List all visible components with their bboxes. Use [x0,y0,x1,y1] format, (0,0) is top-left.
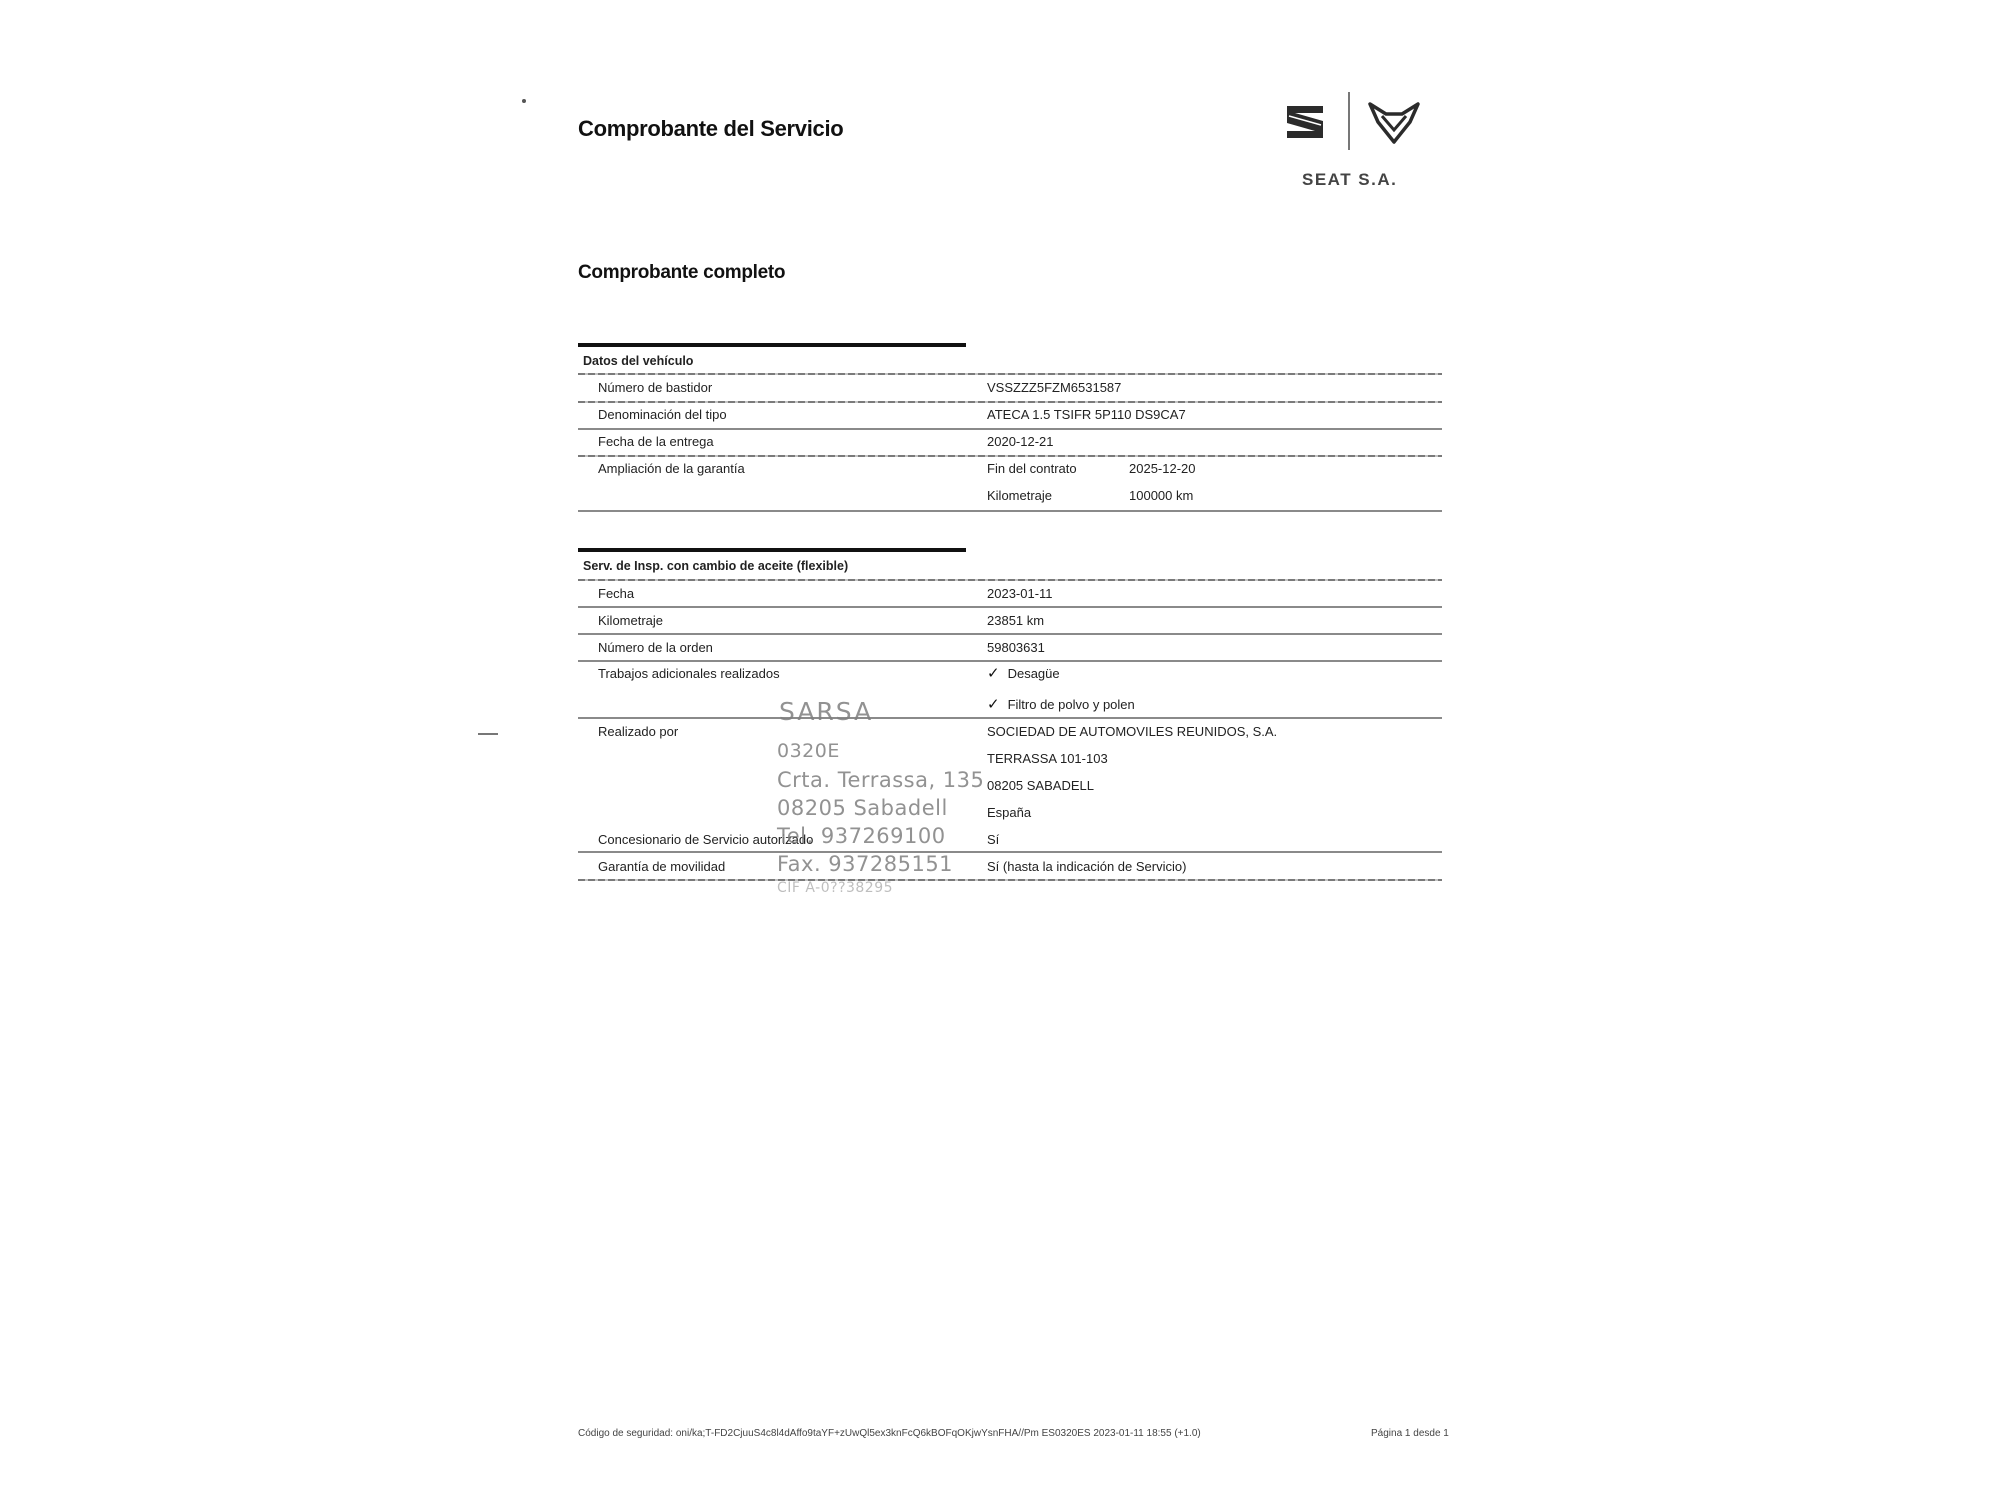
row-divider [578,510,1442,512]
section-bar [578,548,966,552]
company-name: SEAT S.A. [1302,170,1397,190]
additional-work-label: Trabajos adicionales realizados [598,666,780,681]
vin-label: Número de bastidor [598,380,712,395]
order-number-label: Número de la orden [598,640,713,655]
page-number: Página 1 desde 1 [1371,1428,1449,1439]
document-title: Comprobante del Servicio [578,116,843,142]
warranty-label: Ampliación de la garantía [598,461,745,476]
vehicle-data-table: Datos del vehículo Número de bastidor VS… [578,343,1442,518]
authorized-dealer-value: Sí [987,832,999,847]
cupra-logo-icon [1368,100,1420,144]
security-code: Código de seguridad: oni/ka;T-FD2CjuuS4c… [578,1428,1201,1439]
checkmark-icon: ✓ [987,696,1000,713]
type-value: ATECA 1.5 TSIFR 5P110 DS9CA7 [987,407,1186,422]
additional-work-item: ✓Filtro de polvo y polen [987,695,1135,713]
vin-value: VSSZZZ5FZM6531587 [987,380,1121,395]
row-divider [578,879,1442,881]
seat-logo-icon [1285,104,1325,140]
dealer-stamp-name: SARSA [779,697,873,726]
scan-artifact-dot [522,99,526,103]
performed-by-line: TERRASSA 101-103 [987,751,1108,766]
mobility-guarantee-label: Garantía de movilidad [598,859,725,874]
section-bar [578,343,966,347]
vehicle-section-heading: Datos del vehículo [583,354,693,368]
dealer-stamp-line: 0320E [777,740,840,762]
warranty-km-label: Kilometraje [987,488,1052,503]
performed-by-line: España [987,805,1031,820]
contract-end-value: 2025-12-20 [1129,461,1196,476]
document-subtitle: Comprobante completo [578,262,785,284]
warranty-km-value: 100000 km [1129,488,1193,503]
brand-logo: SEAT S.A. [1280,90,1430,200]
row-divider [578,579,1442,581]
row-divider [578,660,1442,662]
performed-by-label: Realizado por [598,724,678,739]
row-divider [578,633,1442,635]
scan-artifact-dash [478,733,498,735]
service-date-value: 2023-01-11 [987,586,1053,601]
service-section-heading: Serv. de Insp. con cambio de aceite (fle… [583,559,848,573]
logo-divider [1348,92,1350,150]
checkmark-icon: ✓ [987,665,1000,682]
performed-by-line: SOCIEDAD DE AUTOMOVILES REUNIDOS, S.A. [987,724,1277,739]
row-divider [578,717,1442,719]
row-divider [578,428,1442,430]
service-km-label: Kilometraje [598,613,663,628]
dealer-stamp-line: Fax. 937285151 [777,852,953,876]
order-number-value: 59803631 [987,640,1045,655]
mobility-guarantee-value: Sí (hasta la indicación de Servicio) [987,859,1186,874]
dealer-stamp-line: Crta. Terrassa, 135 [777,768,984,792]
dealer-stamp-line: 08205 Sabadell [777,796,948,820]
delivery-date-label: Fecha de la entrega [598,434,714,449]
service-date-label: Fecha [598,586,634,601]
dealer-stamp-line: CIF A-0??38295 [777,880,893,896]
delivery-date-value: 2020-12-21 [987,434,1054,449]
type-label: Denominación del tipo [598,407,727,422]
service-table: Serv. de Insp. con cambio de aceite (fle… [578,548,1442,888]
service-km-value: 23851 km [987,613,1044,628]
row-divider [578,455,1442,457]
additional-work-item: ✓Desagüe [987,664,1060,682]
dealer-stamp-line: Tel. 937269100 [777,824,946,848]
performed-by-line: 08205 SABADELL [987,778,1094,793]
row-divider [578,851,1442,853]
row-divider [578,606,1442,608]
contract-end-label: Fin del contrato [987,461,1077,476]
row-divider [578,401,1442,403]
row-divider [578,373,1442,375]
